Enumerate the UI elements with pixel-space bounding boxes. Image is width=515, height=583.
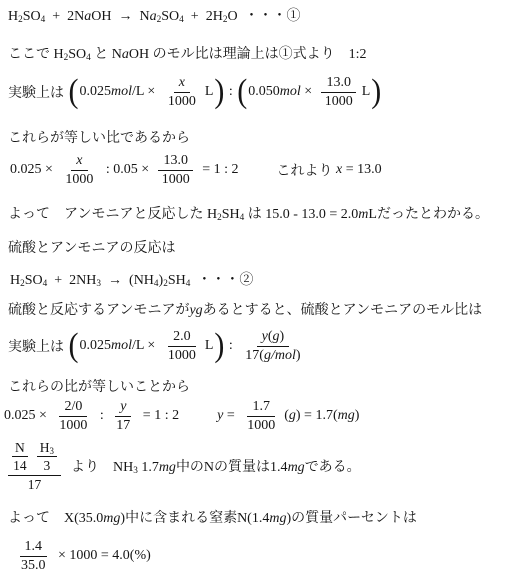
- denominator: 1000: [320, 93, 358, 110]
- text-run: ×: [301, 84, 316, 100]
- big-paren-close: ): [213, 332, 225, 361]
- text-run: H: [40, 440, 50, 455]
- ammonia-mass-assumption: 硫酸と反応するアンモニアがygあるとすると、硫酸とアンモニアのモル比は: [8, 302, 482, 320]
- text-run: OH → N: [91, 9, 149, 24]
- experimental-ratio-expression-2: 実験上は ( 0.025 mol /L × 2.01000 L ) : y(g)…: [8, 328, 310, 364]
- text-run: である。: [305, 460, 361, 475]
- text-run: OH のモル比は理論上は①式より 1:2: [129, 47, 367, 62]
- chemistry-worksheet-page: H2SO4 + 2NaOH → Na2SO4 + 2H2O ・・・① ここで H…: [0, 0, 515, 583]
- text-run: O ・・・①: [227, 9, 300, 24]
- fraction: 13.01000: [320, 74, 358, 110]
- text-run: ): [355, 408, 360, 423]
- denominator: 1000: [242, 417, 280, 434]
- italic-token: mol: [280, 84, 301, 100]
- text-run: × 1000 = 4.0(%): [55, 548, 151, 564]
- text-run: = 1 : 2: [199, 162, 239, 178]
- italic-token: a: [150, 9, 157, 24]
- reaction-equation-2: H2SO4 + 2NH3 → (NH4)2SH4 ・・・②: [10, 272, 253, 290]
- denominator: 1000: [163, 347, 201, 364]
- italic-token: mg: [159, 460, 176, 475]
- italic-token: g/mol: [264, 348, 296, 363]
- fraction: x1000: [163, 74, 201, 110]
- numerator: N: [12, 440, 28, 457]
- ratio-colon: :: [96, 408, 107, 424]
- text-run: 17(: [245, 348, 264, 363]
- text-run: =: [223, 408, 238, 424]
- stack-numerator: N14 H33: [8, 440, 61, 476]
- big-paren-open: (: [68, 332, 80, 361]
- text-run: 硫酸とアンモニアの反応は: [8, 241, 175, 256]
- text-run: /L ×: [132, 84, 159, 100]
- italic-token: mg: [288, 460, 305, 475]
- text-run: = 1 : 2: [139, 408, 179, 424]
- text-run: ・・・②: [190, 273, 253, 288]
- italic-token: a: [122, 47, 129, 62]
- text-run: /L ×: [132, 338, 159, 354]
- text-run: これらが等しい比であるから: [8, 131, 190, 146]
- text-run: ) = 1.7(: [296, 408, 338, 423]
- big-paren-open: (: [68, 78, 80, 107]
- numerator: 1.7: [247, 398, 275, 417]
- italic-token: m: [358, 207, 368, 222]
- text-run: 0.025: [80, 338, 112, 354]
- text-run: 硫酸と反応するアンモニアが: [8, 303, 189, 318]
- text-run: 0.025 ×: [4, 408, 50, 424]
- result-run: (g) = 1.7(mg): [284, 408, 359, 424]
- text-run: 0.025 ×: [10, 162, 56, 178]
- text-run: 実験上は: [8, 82, 68, 102]
- text-run: 中のNの質量は1.4: [176, 460, 288, 475]
- numerator: H3: [37, 440, 57, 457]
- text-run: H: [10, 273, 20, 288]
- text-run: と N: [91, 47, 122, 62]
- fraction: 2/01000: [54, 398, 92, 434]
- text-run: あるとすると、硫酸とアンモニアのモル比は: [203, 303, 482, 318]
- text-run: SO: [23, 9, 41, 24]
- denominator: 1000: [157, 171, 195, 188]
- denominator: 1000: [163, 93, 201, 110]
- italic-token: g: [273, 329, 280, 344]
- italic-token: mg: [103, 511, 120, 526]
- denominator: 17: [111, 417, 135, 434]
- text-run: よって X(35.0: [8, 511, 103, 526]
- big-paren-close: ): [213, 78, 225, 107]
- italic-token: mol: [111, 84, 132, 100]
- mass-percent-statement: よって X(35.0mg)中に含まれる窒素N(1.4mg)の質量パーセントは: [8, 510, 417, 528]
- italic-token: mg: [338, 408, 355, 423]
- text-run: + 2N: [45, 9, 84, 24]
- stacked-fraction: N14 H33 17: [8, 440, 61, 492]
- text-run: + 2H: [184, 9, 223, 24]
- text-run: )の質量パーセントは: [286, 511, 416, 526]
- unit-liter: L: [362, 84, 371, 100]
- italic-token: mg: [269, 511, 286, 526]
- text-run-group: より NH3 1.7mg中のNの質量は1.4mgである。: [71, 456, 361, 476]
- fraction: 1.71000: [242, 398, 280, 434]
- equal-ratio-statement-2: これらの比が等しいことから: [8, 379, 190, 397]
- fraction: 13.01000: [157, 152, 195, 188]
- denominator: 35.0: [16, 557, 51, 574]
- reaction-equation-1: H2SO4 + 2NaOH → Na2SO4 + 2H2O ・・・①: [8, 8, 301, 26]
- fraction: x1000: [60, 152, 98, 188]
- text-run: = 13.0: [342, 162, 381, 178]
- italic-token: g: [289, 408, 296, 423]
- ratio-colon: :: [225, 84, 236, 100]
- mini-fraction-hydrogen: H33: [37, 440, 57, 474]
- mole-ratio-statement: ここで H2SO4 と NaOH のモル比は理論上は①式より 1:2: [8, 46, 367, 64]
- text-run: 0.050: [248, 84, 280, 100]
- text-run: ここで H: [8, 47, 64, 62]
- denominator: 1000: [60, 171, 98, 188]
- big-paren-close: ): [370, 78, 382, 107]
- text-run: よって アンモニアと反応した H: [8, 207, 217, 222]
- denominator: 14: [13, 457, 27, 474]
- text-run: H: [8, 9, 18, 24]
- text-run: ): [280, 329, 285, 344]
- numerator: 1.4: [20, 538, 48, 557]
- text-run: )中に含まれる窒素N(1.4: [120, 511, 269, 526]
- numerator: x: [174, 74, 190, 93]
- denominator: 17(g/mol): [240, 347, 305, 364]
- denominator: 3: [43, 457, 50, 474]
- text-run: SO: [25, 273, 43, 288]
- mini-fraction-nitrogen: N14: [12, 440, 28, 474]
- denominator: 1000: [54, 417, 92, 434]
- experimental-ratio-expression-1: 実験上は ( 0.025 mol /L × x1000 L ) : ( 0.05…: [8, 74, 382, 110]
- fraction: 1.435.0: [16, 538, 51, 574]
- text-run: SH: [168, 273, 186, 288]
- ratio-calculation-x: 0.025 × x1000 : 0.05 × 13.01000 = 1 : 2 …: [10, 152, 382, 188]
- numerator: 13.0: [158, 152, 193, 171]
- numerator: y: [115, 398, 131, 417]
- ratio-calculation-y: 0.025 × 2/01000 : y17 = 1 : 2 y = 1.7100…: [4, 398, 359, 434]
- text-run: 1.7: [138, 460, 159, 475]
- text-run: は 15.0 - 13.0 = 2.0: [244, 207, 358, 222]
- fraction: y17: [111, 398, 135, 434]
- text-run: より NH: [71, 460, 133, 475]
- text-run: ): [296, 348, 301, 363]
- text-run: + 2NH: [47, 273, 96, 288]
- text-run: Lだったとわかる。: [368, 207, 489, 222]
- numerator: x: [71, 152, 87, 171]
- text-run: → (NH: [101, 273, 154, 288]
- italic-token: yg: [189, 303, 202, 318]
- numerator: 13.0: [321, 74, 356, 93]
- text-run: SH: [222, 207, 240, 222]
- big-paren-open: (: [236, 78, 248, 107]
- text-run: 0.025: [80, 84, 112, 100]
- numerator: y(g): [257, 328, 290, 347]
- text-run: : 0.05 ×: [102, 162, 152, 178]
- stack-denominator: 17: [23, 476, 47, 493]
- fraction: y(g)17(g/mol): [240, 328, 305, 364]
- unit-liter: L: [205, 84, 214, 100]
- text-run: 実験上は: [8, 336, 68, 356]
- equal-ratio-statement-1: これらが等しい比であるから: [8, 130, 190, 148]
- titration-volume-conclusion: よって アンモニアと反応した H2SH4 は 15.0 - 13.0 = 2.0…: [8, 206, 489, 224]
- italic-token: mol: [111, 338, 132, 354]
- numerator: 2.0: [168, 328, 196, 347]
- text-run: これらの比が等しいことから: [8, 380, 190, 395]
- mass-percent-calculation: 1.435.0 × 1000 = 4.0(%): [12, 538, 151, 574]
- sulfuric-ammonia-reaction-label: 硫酸とアンモニアの反応は: [8, 240, 175, 258]
- nitrogen-mass-derivation: N14 H33 17 より NH3 1.7mg中のNの質量は1.4mgである。: [8, 440, 361, 492]
- subscript: 3: [50, 446, 54, 456]
- text-run: これより: [277, 160, 337, 180]
- numerator: 2/0: [59, 398, 87, 417]
- fraction: 2.01000: [163, 328, 201, 364]
- text-run: SO: [68, 47, 86, 62]
- ratio-colon: :: [225, 338, 236, 354]
- text-run: SO: [161, 9, 179, 24]
- unit-liter: L: [205, 338, 214, 354]
